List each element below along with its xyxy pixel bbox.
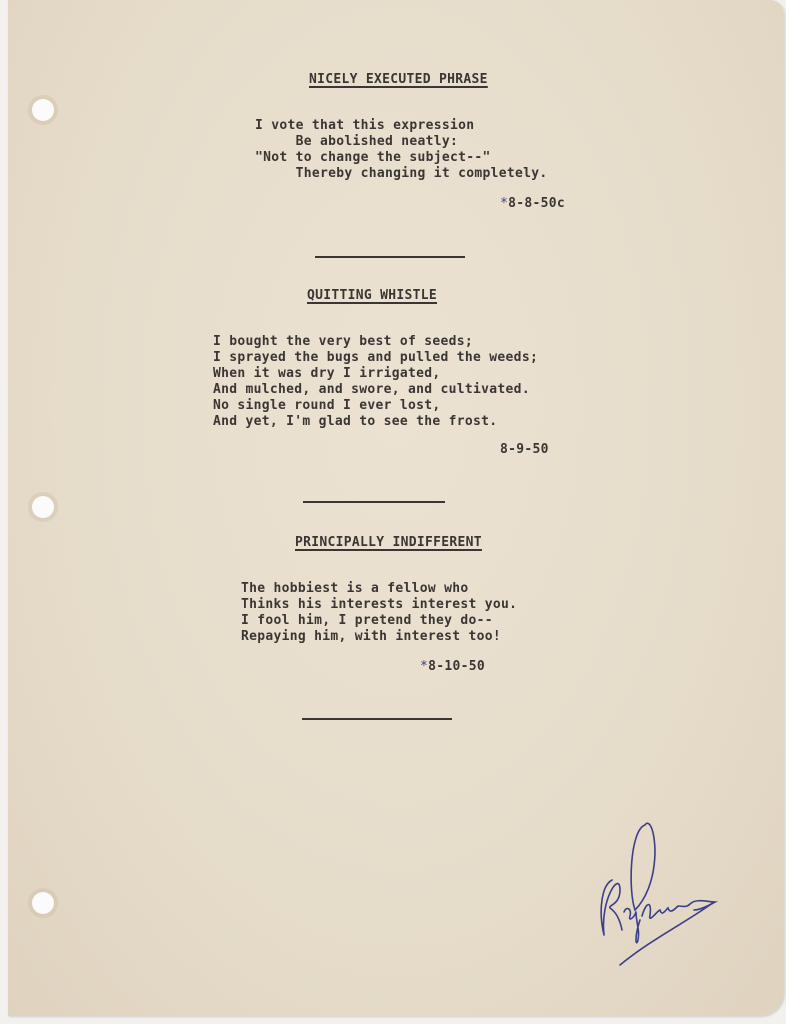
poem-line: Thinks his interests interest you. bbox=[241, 597, 517, 613]
poem-date: *8-8-50c bbox=[500, 196, 565, 212]
poem-title: QUITTING WHISTLE bbox=[307, 288, 437, 304]
section-divider bbox=[302, 718, 452, 720]
poem-line: "Not to change the subject--" bbox=[255, 150, 491, 166]
binder-hole bbox=[32, 892, 54, 914]
poem-line: Be abolished neatly: bbox=[255, 134, 458, 150]
pen-mark: * bbox=[500, 196, 508, 211]
poem-line: And yet, I'm glad to see the frost. bbox=[213, 414, 497, 430]
binder-hole bbox=[32, 99, 54, 121]
poem-line: I sprayed the bugs and pulled the weeds; bbox=[213, 350, 538, 366]
poem-line: Thereby changing it completely. bbox=[255, 166, 548, 182]
poem-line: When it was dry I irrigated, bbox=[213, 366, 441, 382]
poem-line: Repaying him, with interest too! bbox=[241, 629, 501, 645]
poem-line: I bought the very best of seeds; bbox=[213, 334, 473, 350]
poem-date: 8-9-50 bbox=[500, 442, 549, 458]
poem-line: No single round I ever lost, bbox=[213, 398, 441, 414]
poem-line: The hobbiest is a fellow who bbox=[241, 581, 469, 597]
handwritten-signature bbox=[590, 820, 730, 970]
binder-hole bbox=[32, 496, 54, 518]
poem-line: I vote that this expression bbox=[255, 118, 474, 134]
poem-date: *8-10-50 bbox=[420, 659, 485, 675]
section-divider bbox=[315, 256, 465, 258]
poem-line: And mulched, and swore, and cultivated. bbox=[213, 382, 530, 398]
poem-title: PRINCIPALLY INDIFFERENT bbox=[295, 535, 482, 551]
pen-mark: * bbox=[420, 659, 428, 674]
section-divider bbox=[303, 501, 445, 503]
poem-title: NICELY EXECUTED PHRASE bbox=[309, 72, 488, 88]
poem-line: I fool him, I pretend they do-- bbox=[241, 613, 493, 629]
